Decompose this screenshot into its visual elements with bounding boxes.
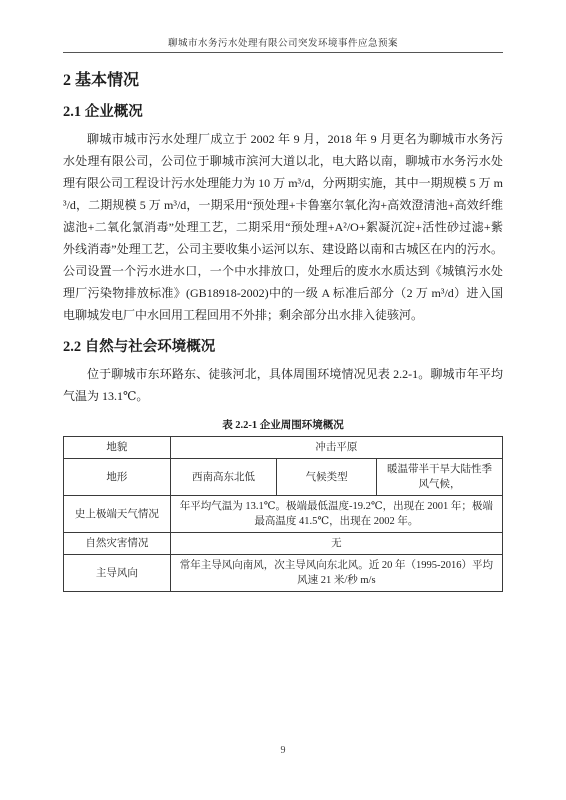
table-cell-value: 无 xyxy=(170,533,502,555)
header-title: 聊城市水务污水处理有限公司突发环境事件应急预案 xyxy=(168,39,398,49)
table-cell-value: 暖温带半干旱大陆性季风气候， xyxy=(376,459,502,496)
page-number: 9 xyxy=(0,745,566,756)
table-cell-label: 地貌 xyxy=(64,437,171,459)
paragraph-environment-overview: 位于聊城市东环路东、徒骇河北，具体周围环境情况见表 2.2-1。聊城市年平均气温… xyxy=(63,363,503,407)
table-cell-value: 西南高东北低 xyxy=(170,459,277,496)
table-cell-value: 常年主导风向南风，次主导风向东北风。近 20 年（1995-2016）平均风速 … xyxy=(170,555,502,592)
page-header: 聊城市水务污水处理有限公司突发环境事件应急预案 xyxy=(63,0,503,53)
section-heading-2: 2 基本情况 xyxy=(63,71,503,91)
table-row-wind-direction: 主导风向 常年主导风向南风，次主导风向东北风。近 20 年（1995-2016）… xyxy=(64,555,503,592)
table-cell-label: 气候类型 xyxy=(277,459,377,496)
document-page: 聊城市水务污水处理有限公司突发环境事件应急预案 2 基本情况 2.1 企业概况 … xyxy=(0,0,566,800)
subsection-heading-2-1: 2.1 企业概况 xyxy=(63,103,503,122)
environment-table: 地貌 冲击平原 地形 西南高东北低 气候类型 暖温带半干旱大陆性季风气候， 史上… xyxy=(63,436,503,592)
table-row-natural-disaster: 自然灾害情况 无 xyxy=(64,533,503,555)
table-cell-label: 主导风向 xyxy=(64,555,171,592)
table-cell-label: 自然灾害情况 xyxy=(64,533,171,555)
table-cell-label: 地形 xyxy=(64,459,171,496)
table-row-terrain-climate: 地形 西南高东北低 气候类型 暖温带半干旱大陆性季风气候， xyxy=(64,459,503,496)
table-caption: 表 2.2-1 企业周围环境概况 xyxy=(63,417,503,432)
table-cell-label: 史上极端天气情况 xyxy=(64,496,171,533)
paragraph-company-overview: 聊城市城市污水处理厂成立于 2002 年 9 月，2018 年 9 月更名为聊城… xyxy=(63,128,503,326)
table-cell-value: 年平均气温为 13.1℃。极端最低温度-19.2℃，出现在 2001 年；极端最… xyxy=(170,496,502,533)
subsection-heading-2-2: 2.2 自然与社会环境概况 xyxy=(63,338,503,357)
table-row-landform: 地貌 冲击平原 xyxy=(64,437,503,459)
table-cell-value: 冲击平原 xyxy=(170,437,502,459)
table-row-extreme-weather: 史上极端天气情况 年平均气温为 13.1℃。极端最低温度-19.2℃，出现在 2… xyxy=(64,496,503,533)
